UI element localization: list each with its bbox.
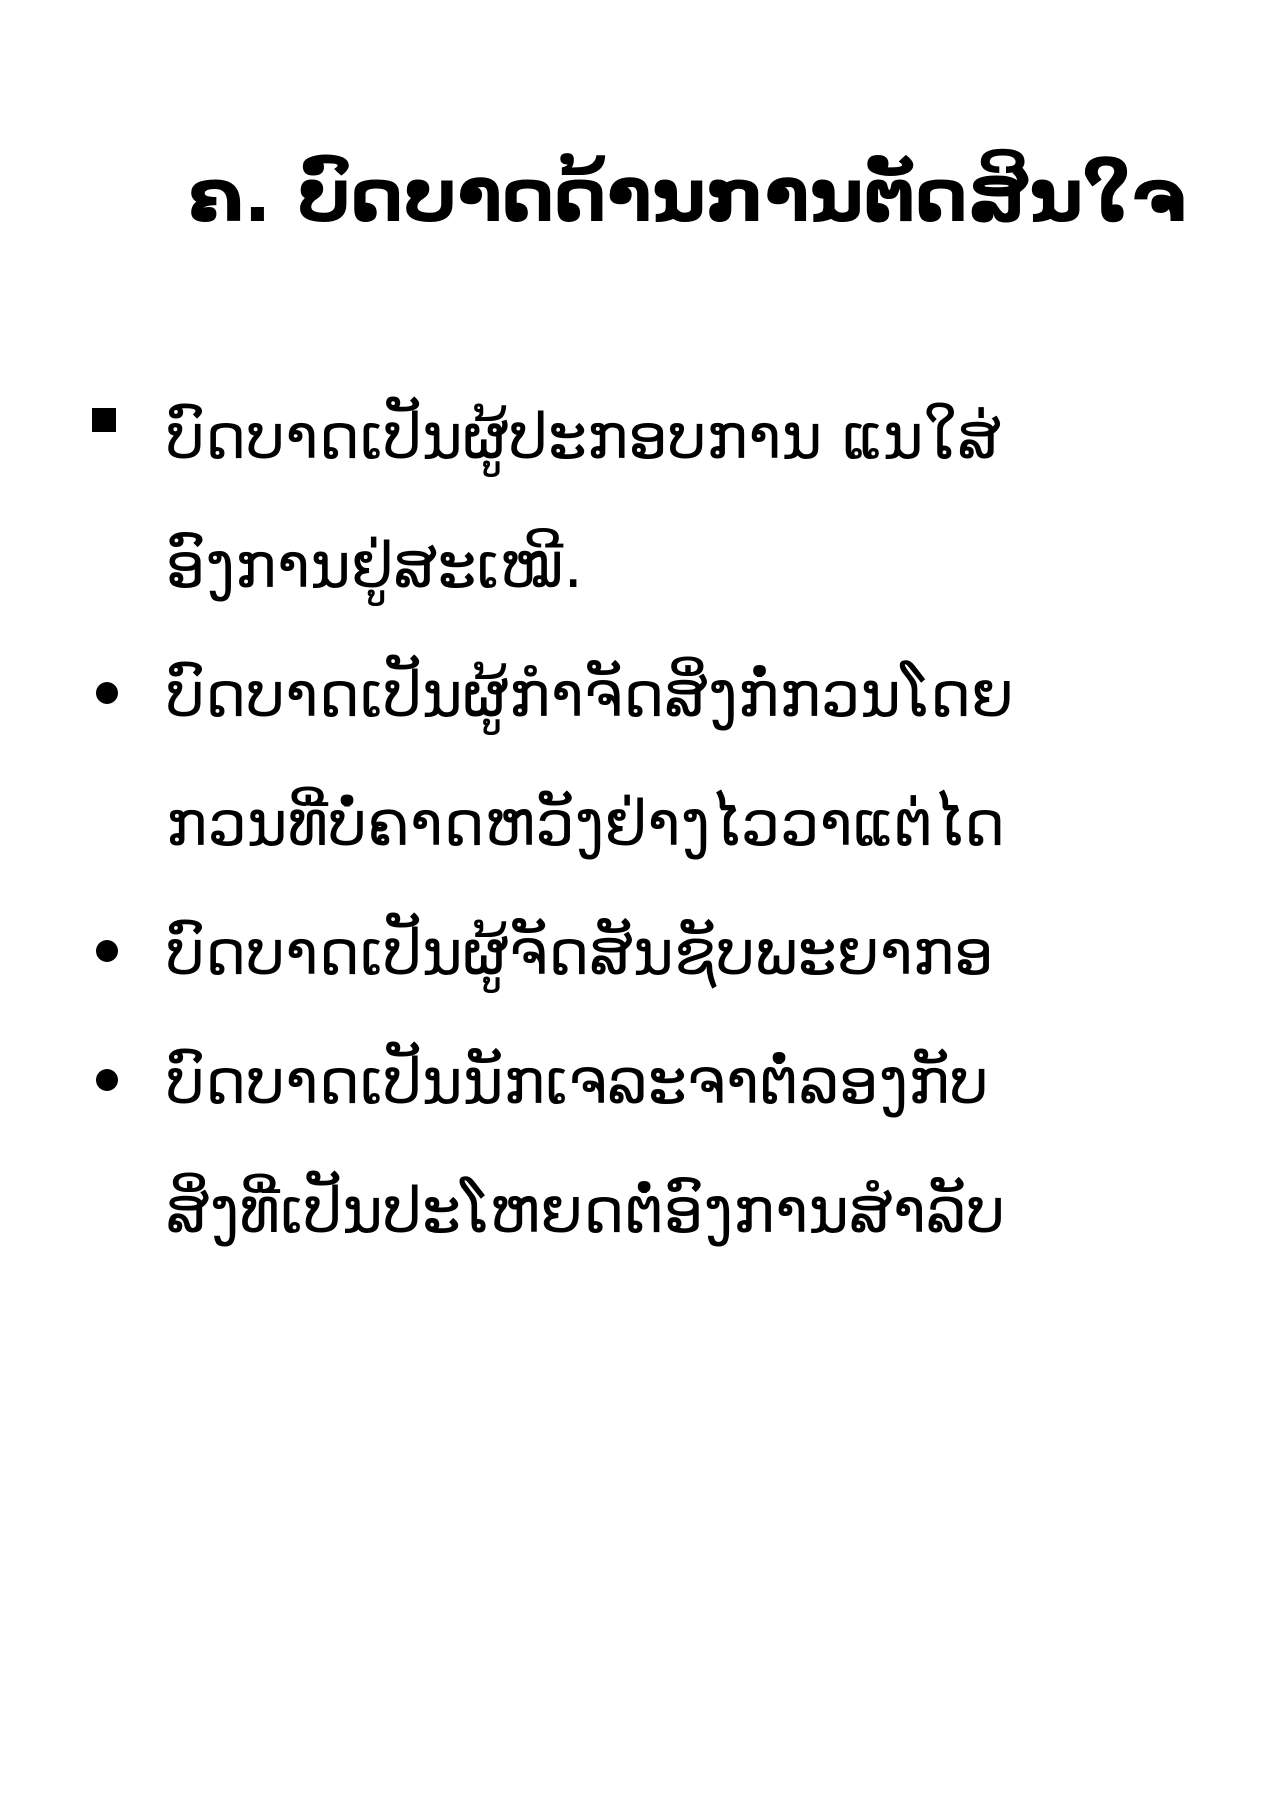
bullet-item-1: ບົດບາດເປັນຜູ້ປະກອບການ ແນໃສ່ ອົງການຢູ່ສະເ… <box>90 372 1273 630</box>
bullet-item-4: ບົດບາດເປັນນັກເຈລະຈາຕໍ່ລອງກັບ ສິ່ງທີ່ເປັນ… <box>90 1017 1273 1275</box>
bullet-line: ບົດບາດເປັນຜູ້ຈັດສັນຊັບພະຍາກອ <box>166 888 1273 1017</box>
bullet-line: ອົງການຢູ່ສະເໝີ. <box>166 501 1273 630</box>
bullet-line: ກວນທີ່ບໍ່ຄາດຫວັງຢ່າງໄວວາແຕ່ໄດ <box>166 759 1273 888</box>
bullet-line: ບົດບາດເປັນນັກເຈລະຈາຕໍ່ລອງກັບ <box>166 1017 1273 1146</box>
bullet-line: ບົດບາດເປັນຜູ້ກຳຈັດສິ່ງກໍ່ກວນໂດຍ <box>166 630 1273 759</box>
square-bullet-icon <box>92 408 116 432</box>
slide: ຄ. ບົດບາດດ້ານການຕັດສິນໃຈ ບົດບາດເປັນຜູ້ປະ… <box>0 0 1273 1800</box>
bullet-list: ບົດບາດເປັນຜູ້ປະກອບການ ແນໃສ່ ອົງການຢູ່ສະເ… <box>90 372 1273 1275</box>
bullet-line: ສິ່ງທີ່ເປັນປະໂຫຍດຕໍ່ອົງການສຳລັບ <box>166 1146 1273 1275</box>
bullet-item-2: ບົດບາດເປັນຜູ້ກຳຈັດສິ່ງກໍ່ກວນໂດຍ ກວນທີ່ບໍ… <box>90 630 1273 888</box>
circle-bullet-icon <box>96 1069 118 1091</box>
bullet-line: ບົດບາດເປັນຜູ້ປະກອບການ ແນໃສ່ <box>166 372 1273 501</box>
circle-bullet-icon <box>96 940 118 962</box>
circle-bullet-icon <box>96 682 118 704</box>
slide-title: ຄ. ບົດບາດດ້ານການຕັດສິນໃຈ <box>188 148 1186 244</box>
bullet-item-3: ບົດບາດເປັນຜູ້ຈັດສັນຊັບພະຍາກອ <box>90 888 1273 1017</box>
